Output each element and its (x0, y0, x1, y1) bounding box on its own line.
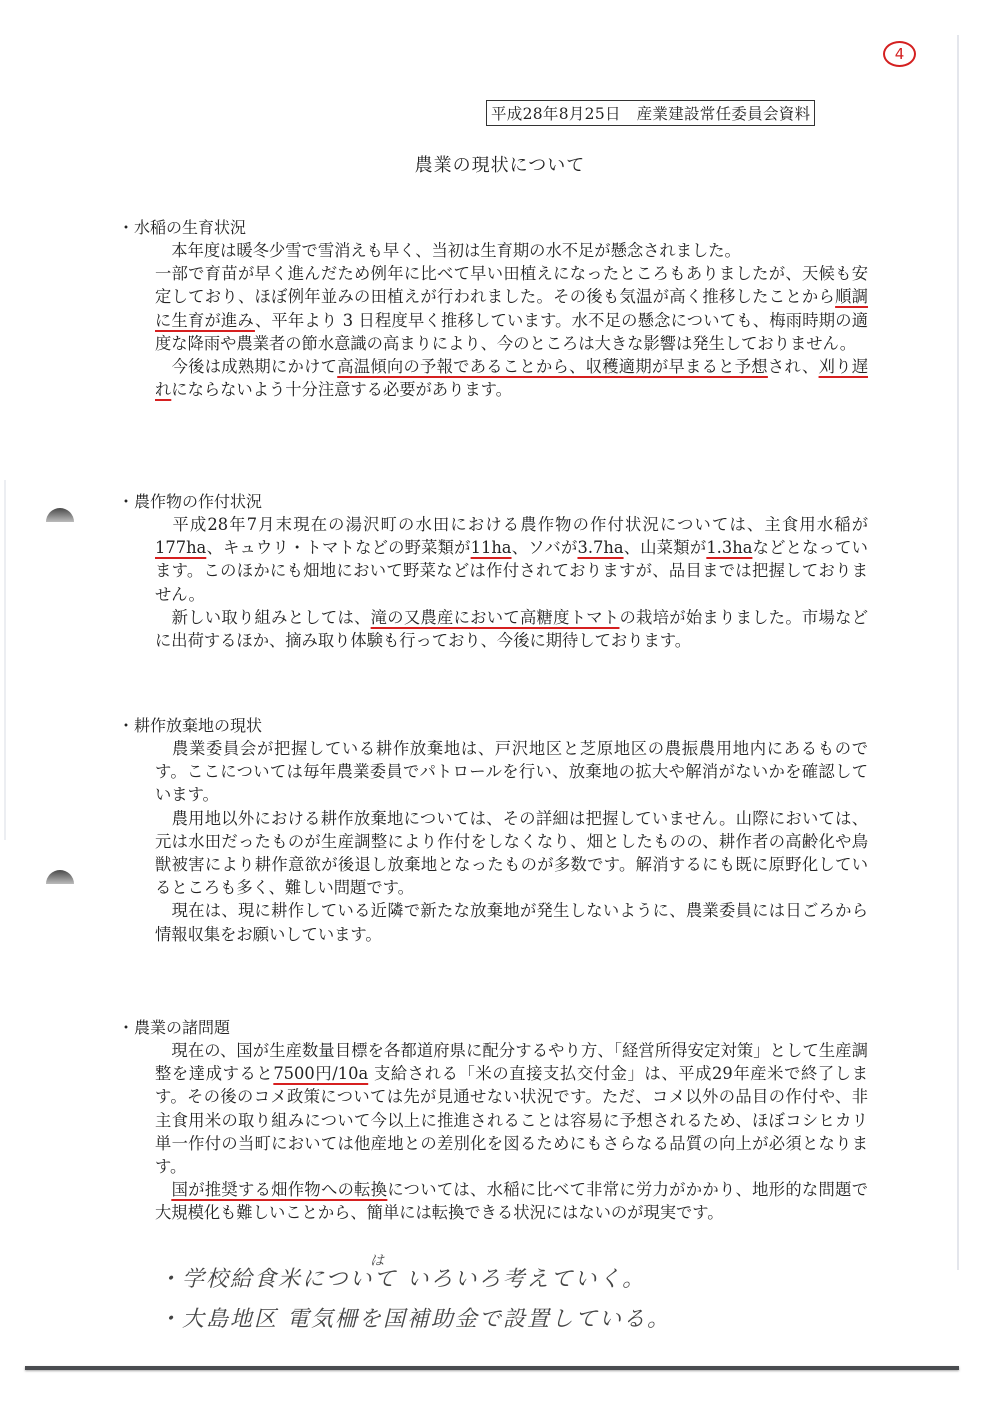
underlined-value: 11ha (471, 538, 512, 557)
paragraph: 一部で育苗が早く進んだため例年に比べて早い田植えになったところもありましたが、天… (118, 262, 868, 355)
paragraph: 新しい取り組みとしては、滝の又農産において高糖度トマトの栽培が始まりました。市場… (118, 606, 868, 652)
paragraph: 現在は、現に耕作している近隣で新たな放棄地が発生しないように、農業委員には日ごろ… (118, 899, 868, 945)
paragraph: 国が推奨する畑作物への転換については、水稲に比べて非常に労力がかかり、地形的な問… (118, 1178, 868, 1224)
punch-hole (46, 870, 74, 884)
paragraph: 今後は成熟期にかけて高温傾向の予報であることから、収穫適期が早まると予想され、刈… (118, 355, 868, 401)
page-edge (957, 35, 959, 1270)
underlined-value: 3.7ha (577, 538, 623, 557)
underlined-text: 滝の又農産において高糖度トマト (371, 608, 620, 627)
page-edge (4, 480, 6, 840)
circled-page-number: 4 (883, 41, 916, 67)
paragraph: 現在の、国が生産数量目標を各都道府県に配分するやり方、「経営所得安定対策」として… (118, 1039, 868, 1178)
punch-hole (46, 508, 74, 522)
underlined-value: 177ha (155, 538, 206, 557)
document-meta-box: 平成28年8月25日 産業建設常任委員会資料 (486, 100, 815, 126)
section-heading: ・水稲の生育状況 (118, 216, 868, 239)
underlined-value: 1.3ha (706, 538, 752, 557)
paragraph: 農用地以外における耕作放棄地については、その詳細は把握していません。山際において… (118, 807, 868, 900)
section-heading: ・農作物の作付状況 (118, 490, 868, 513)
section-rice-growth: ・水稲の生育状況 本年度は暖冬少雪で雪消えも早く、当初は生育期の水不足が懸念され… (118, 216, 868, 401)
section-agriculture-issues: ・農業の諸問題 現在の、国が生産数量目標を各都道府県に配分するやり方、「経営所得… (118, 1016, 868, 1225)
section-crop-planting: ・農作物の作付状況 平成28年7月末現在の湯沢町の水田における農作物の作付状況に… (118, 490, 868, 652)
underlined-text: 高温傾向の予報であることから、収穫適期が早まると予想 (337, 357, 768, 376)
handwritten-note: ・学校給食米について いろいろ考えていく。 (158, 1262, 646, 1293)
page-bottom-edge (25, 1366, 959, 1370)
underlined-value: 7500円/10a (273, 1064, 368, 1083)
paragraph: 本年度は暖冬少雪で雪消えも早く、当初は生育期の水不足が懸念されました。 (118, 239, 868, 262)
underlined-text: 国が推奨する畑作物への転換 (171, 1180, 387, 1199)
handwritten-note: ・大島地区 電気柵を国補助金で設置している。 (158, 1302, 671, 1333)
paragraph: 農業委員会が把握している耕作放棄地は、戸沢地区と芝原地区の農振農用地内にあるもの… (118, 737, 868, 807)
paragraph: 平成28年7月末現在の湯沢町の水田における農作物の作付状況については、主食用水稲… (118, 513, 868, 606)
section-heading: ・農業の諸問題 (118, 1016, 868, 1039)
document-title: 農業の現状について (0, 151, 1000, 177)
section-abandoned-farmland: ・耕作放棄地の現状 農業委員会が把握している耕作放棄地は、戸沢地区と芝原地区の農… (118, 714, 868, 946)
section-heading: ・耕作放棄地の現状 (118, 714, 868, 737)
